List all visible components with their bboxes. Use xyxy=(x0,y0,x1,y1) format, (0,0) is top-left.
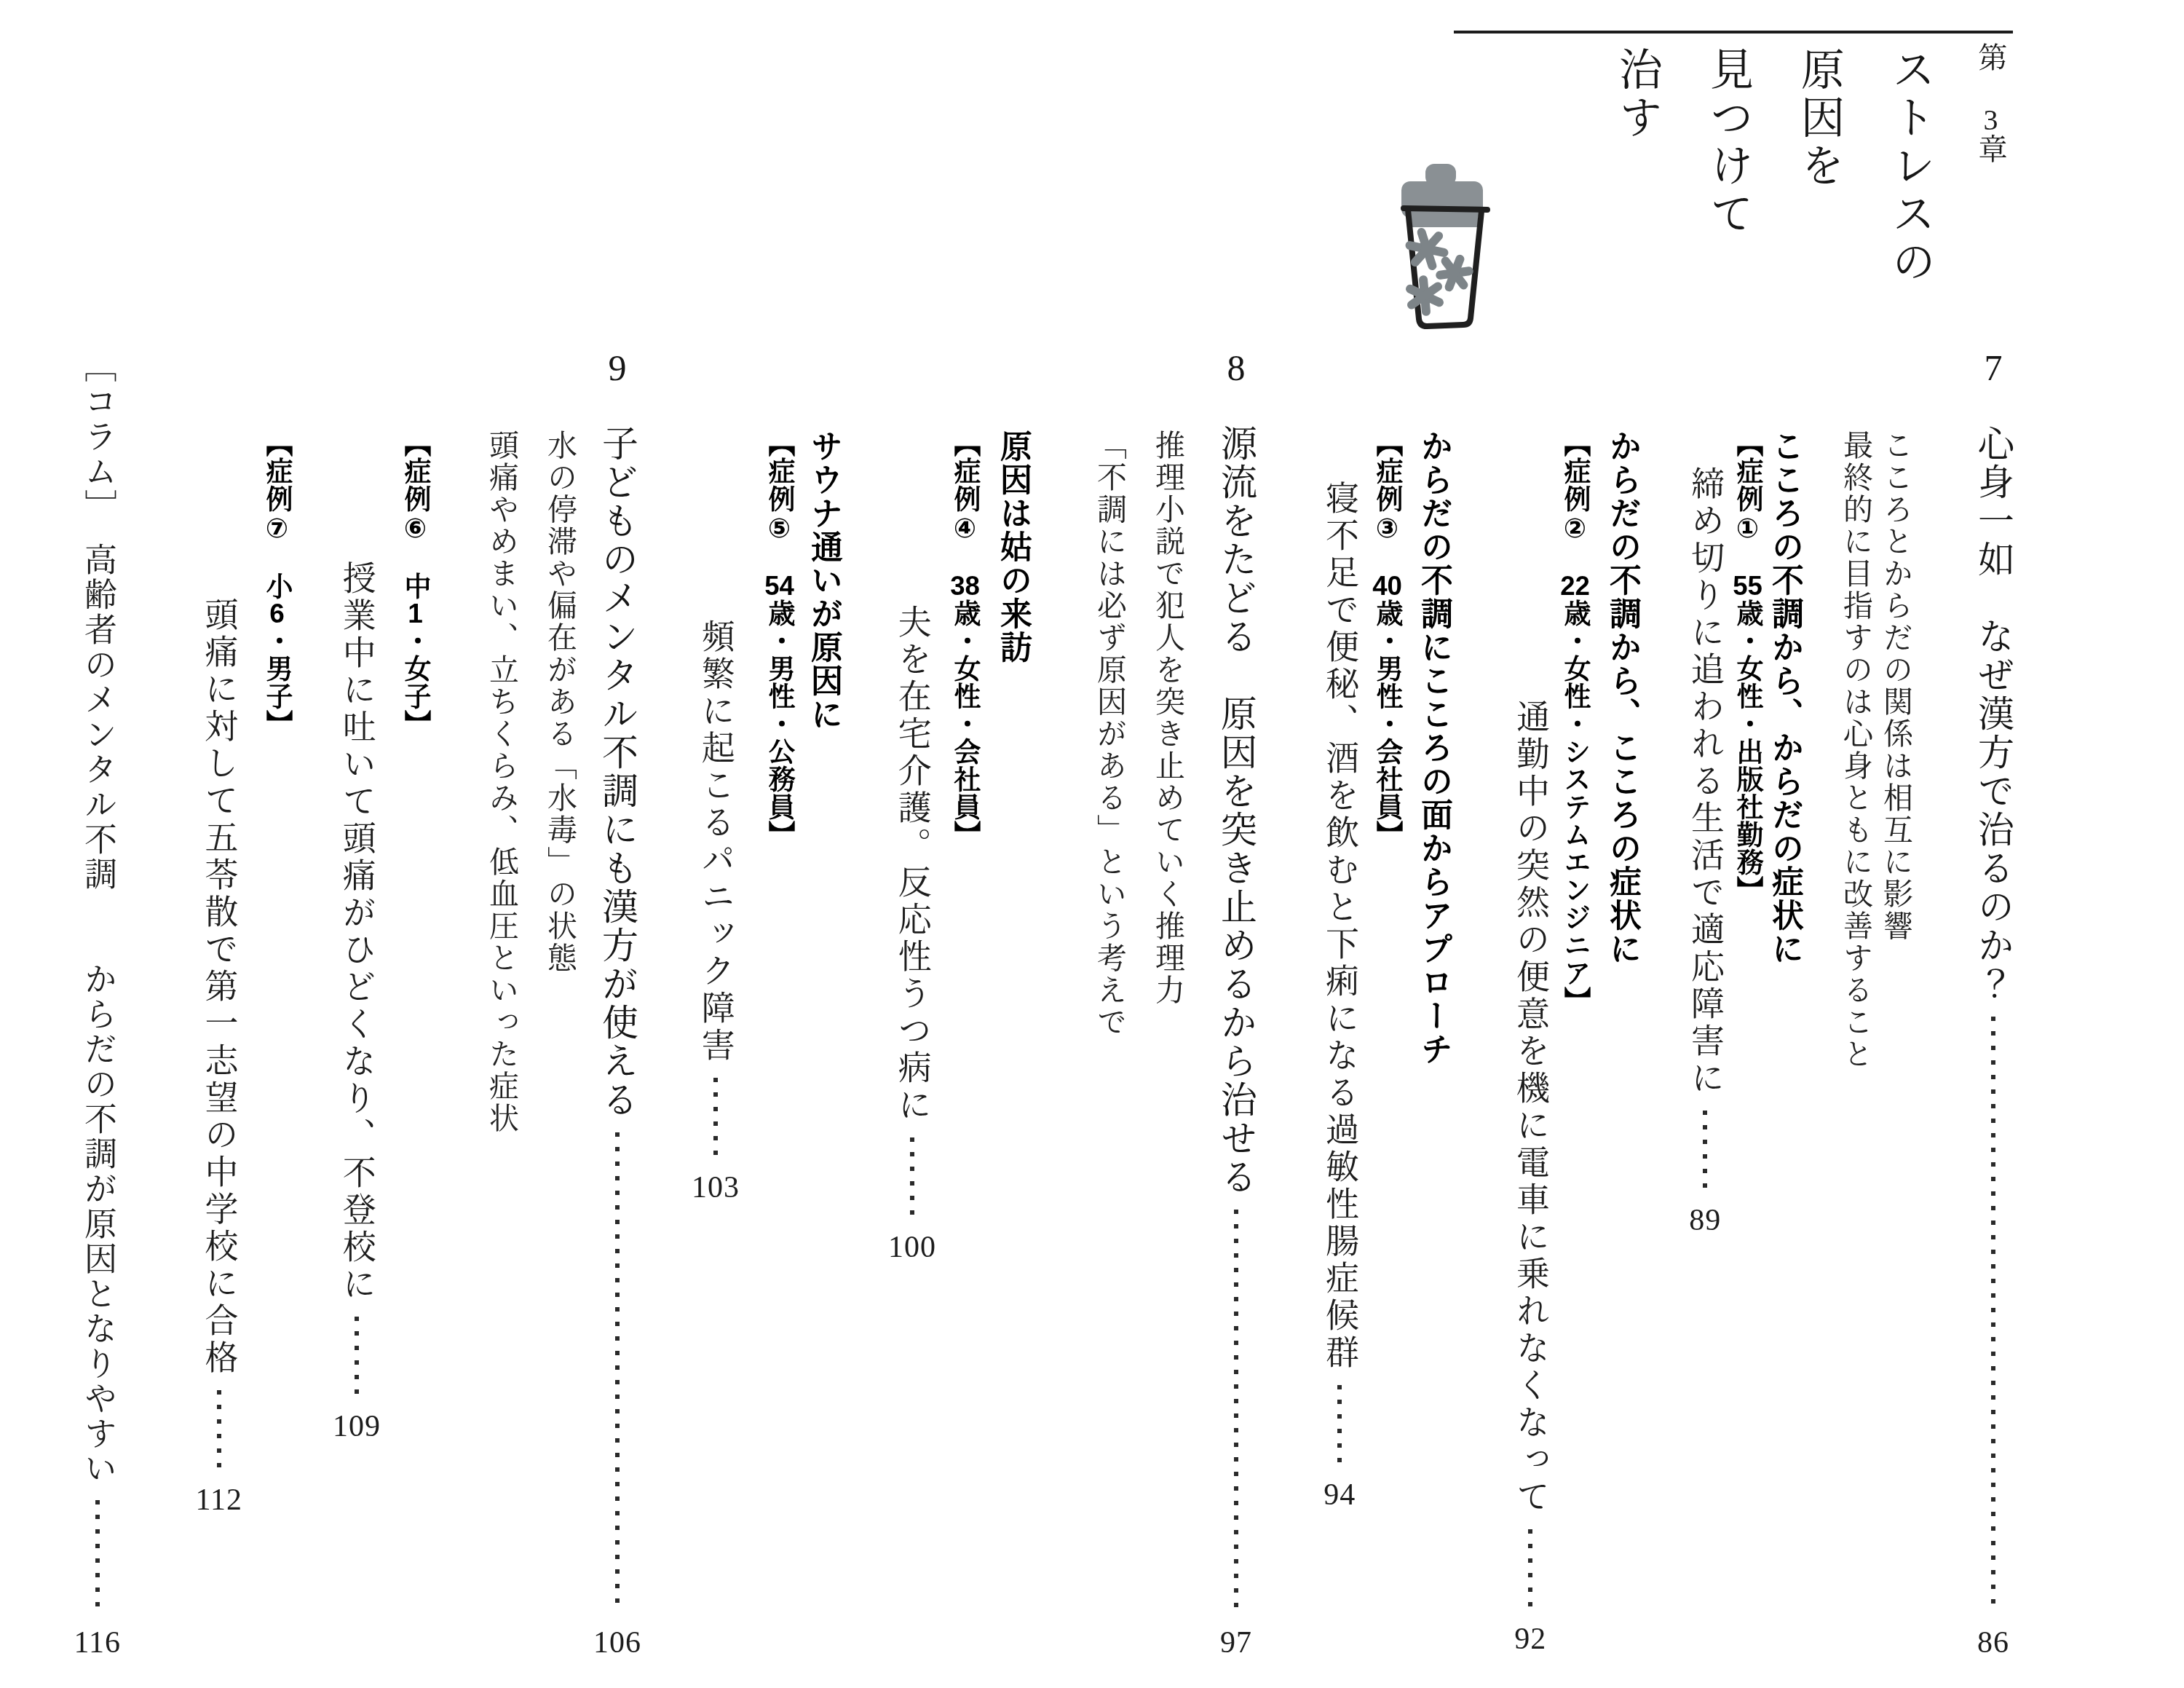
toc-comment-line: 「不調には必ず原因がある」という考えで xyxy=(1092,430,1125,1038)
toc-heading-line: こころの不調から、からだの症状に xyxy=(1767,430,1803,966)
toc-case-line: 【症例① 55歳・女性・出版社勤務】 xyxy=(1733,430,1762,904)
page-number: 109 xyxy=(333,1410,381,1444)
leader-dots xyxy=(95,1500,100,1613)
page-number: 86 xyxy=(1977,1626,2009,1660)
leader-dots xyxy=(1337,1385,1342,1465)
toc-entry-text: 通勤中の突然の便意を機に電車に乗れなくなって xyxy=(1511,699,1549,1516)
toc-entry-text: 頻繁に起こるパニック障害 xyxy=(697,619,735,1065)
toc-heading-line: からだの不調から、こころの症状に xyxy=(1605,430,1640,966)
toc-section-line: 7 心身一如 なぜ漢方で治るのか？86 xyxy=(1973,350,2014,1660)
leader-dots xyxy=(1703,1111,1707,1191)
leader-dots xyxy=(1991,1017,1995,1613)
toc-heading-line: からだの不調にこころの面からアプローチ xyxy=(1416,430,1452,1066)
toc-entry-text: 【症例⑥ 中1・女子】 xyxy=(400,430,430,738)
toc-case-line: 【症例⑦ 小6・男子】 xyxy=(262,430,292,738)
page-number: 100 xyxy=(888,1231,936,1265)
toc-entry-text: 授業中に吐いて頭痛がひどくなり、不登校に xyxy=(338,561,376,1304)
toc-entry-text: 水の停滞や偏在がある「水毒」の状態 xyxy=(542,430,576,974)
toc-entry-text: 「不調には必ず原因がある」という考えで xyxy=(1092,430,1125,1038)
page-number: 112 xyxy=(196,1483,242,1518)
toc-case-line: 【症例⑥ 中1・女子】 xyxy=(400,430,430,738)
toc-case-line: 【症例⑤ 54歳・男性・公務員】 xyxy=(764,430,794,848)
toc-entry-text: からだの不調にこころの面からアプローチ xyxy=(1416,430,1452,1066)
toc-case-line: 【症例② 22歳・女性・システムエンジニア】 xyxy=(1560,430,1590,1014)
toc-entry-text: 寝不足で便秘、酒を飲むと下痢になる過敏性腸症候群 xyxy=(1321,481,1358,1372)
page-number: 94 xyxy=(1324,1478,1356,1513)
leader-dots xyxy=(355,1317,359,1397)
toc-entry-text: 原因は姑の来訪 xyxy=(995,430,1031,664)
toc-heading-line: 原因は姑の来訪 xyxy=(995,430,1031,664)
toc-section-line: 8 源流をたどる 原因を突き止めるから治せる97 xyxy=(1216,350,1257,1660)
toc-entry-text: 【症例④ 38歳・女性・会社員】 xyxy=(950,430,980,848)
toc-entry-text: 最終的に目指すのは心身ともに改善すること xyxy=(1838,430,1872,1070)
leader-dots xyxy=(1234,1210,1238,1613)
toc-column-note-line: ［コラム］ 高齢者のメンタル不調 からだの不調が原因となりやすい116 xyxy=(74,350,121,1660)
toc-desc-line: 頭痛に対して五苓散で第一志望の中学校に合格112 xyxy=(196,597,242,1518)
toc-entry-text: 【症例⑦ 小6・男子】 xyxy=(262,430,292,738)
toc-entry-text: 頭痛に対して五苓散で第一志望の中学校に合格 xyxy=(200,597,238,1377)
toc-entry-text: 頭痛やめまい、立ちくらみ、低血圧といった症状 xyxy=(484,430,518,1135)
page-number: 89 xyxy=(1689,1204,1721,1238)
toc-entry-text: 締め切りに追われる生活で適応障害に xyxy=(1686,466,1724,1097)
page-number: 106 xyxy=(593,1626,641,1660)
toc-entry-text: サウナ通いが原因に xyxy=(806,430,842,731)
toc-case-line: 【症例③ 40歳・男性・会社員】 xyxy=(1372,430,1402,848)
chapter-title-line-1: ストレスの xyxy=(1885,47,1935,287)
leader-dots xyxy=(910,1137,914,1218)
leader-dots xyxy=(713,1078,718,1158)
page-number: 116 xyxy=(74,1626,121,1660)
toc-desc-line: 通勤中の突然の便意を機に電車に乗れなくなって92 xyxy=(1511,699,1549,1657)
toc-section-line: 9 子どものメンタル不調にも漢方が使える106 xyxy=(593,350,641,1660)
toc-comment-line: 水の停滞や偏在がある「水毒」の状態 xyxy=(542,430,576,974)
chapter-number: 第3章 xyxy=(1974,42,2007,197)
toc-desc-line: 頻繁に起こるパニック障害103 xyxy=(692,619,740,1205)
leader-dots xyxy=(615,1132,620,1613)
jar-lid xyxy=(1401,164,1483,227)
toc-entry-text: 9 子どものメンタル不調にも漢方が使える xyxy=(597,350,638,1119)
toc-comment-line: 推理小説で犯人を突き止めていく推理力 xyxy=(1150,430,1184,1006)
toc-heading-line: サウナ通いが原因に xyxy=(806,430,842,731)
toc-comment-line: 頭痛やめまい、立ちくらみ、低血圧といった症状 xyxy=(484,430,518,1135)
leader-dots xyxy=(1528,1529,1532,1609)
toc-entry-text: からだの不調から、こころの症状に xyxy=(1605,430,1640,966)
toc-entry-text: 8 源流をたどる 原因を突き止めるから治せる xyxy=(1216,350,1257,1196)
chapter-title-line-3: 見つけて xyxy=(1703,47,1753,239)
page-number: 103 xyxy=(692,1171,740,1205)
herb-jar-illustration xyxy=(1399,160,1495,338)
toc-desc-line: 授業中に吐いて頭痛がひどくなり、不登校に109 xyxy=(333,561,381,1444)
toc-entry-text: 7 心身一如 なぜ漢方で治るのか？ xyxy=(1973,350,2014,1003)
toc-desc-line: 寝不足で便秘、酒を飲むと下痢になる過敏性腸症候群94 xyxy=(1321,481,1358,1513)
toc-comment-line: こころとからだの関係は相互に影響 xyxy=(1878,430,1912,942)
toc-desc-line: 締め切りに追われる生活で適応障害に89 xyxy=(1686,466,1724,1238)
leader-dots xyxy=(217,1390,221,1470)
toc-case-line: 【症例④ 38歳・女性・会社員】 xyxy=(950,430,980,848)
chapter-title-line-4: 治す xyxy=(1612,47,1662,143)
page-number: 97 xyxy=(1220,1626,1252,1660)
book-toc-page: 第3章 ストレスの原因を見つけて治す 7 心身一如 なぜ漢方で治るのか？86ここ… xyxy=(0,0,2184,1688)
toc-entry-text: 【症例⑤ 54歳・男性・公務員】 xyxy=(764,430,794,848)
toc-entry-text: こころとからだの関係は相互に影響 xyxy=(1878,430,1912,942)
header-rule xyxy=(1454,31,2013,33)
page-number: 92 xyxy=(1514,1622,1546,1657)
toc-entry-text: ［コラム］ 高齢者のメンタル不調 からだの不調が原因となりやすい xyxy=(79,350,116,1487)
toc-comment-line: 最終的に目指すのは心身ともに改善すること xyxy=(1838,430,1872,1070)
chapter-title-line-2: 原因を xyxy=(1794,47,1844,191)
toc-entry-text: 夫を在宅介護。反応性うつ病に xyxy=(893,604,931,1124)
toc-desc-line: 夫を在宅介護。反応性うつ病に100 xyxy=(888,604,936,1265)
toc-entry-text: こころの不調から、からだの症状に xyxy=(1767,430,1803,966)
toc-entry-text: 【症例② 22歳・女性・システムエンジニア】 xyxy=(1560,430,1590,1014)
toc-entry-text: 【症例① 55歳・女性・出版社勤務】 xyxy=(1733,430,1762,904)
toc-entry-text: 【症例③ 40歳・男性・会社員】 xyxy=(1372,430,1402,848)
toc-entry-text: 推理小説で犯人を突き止めていく推理力 xyxy=(1150,430,1184,1006)
